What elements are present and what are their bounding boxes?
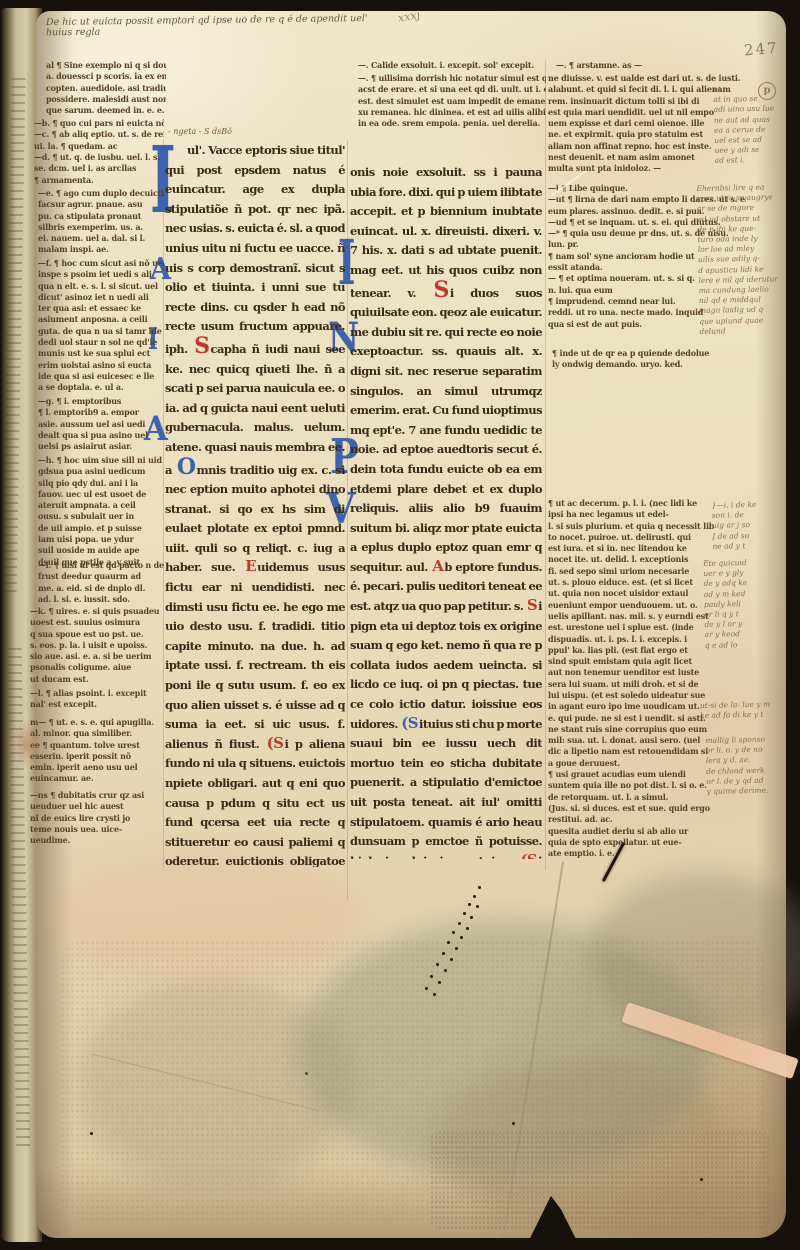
gloss-line: y quime derime. bbox=[706, 785, 792, 797]
initial-letter: S bbox=[526, 596, 538, 614]
gloss-line: ly ondwig demando. uryo. ked. bbox=[552, 359, 746, 370]
gloss-left-column-block: m— ¶ ut. e. s. e. qui apugilla.al. minor… bbox=[30, 717, 164, 785]
gloss-line: ne stant ruis sine corrupius quo eum bbox=[548, 724, 746, 735]
text-run: ul'. Vacce eptoris siue titul' qui post … bbox=[165, 143, 345, 356]
gloss-line: ne ad y t bbox=[712, 540, 792, 552]
main-text-column-1: ul'. Vacce eptoris siue titul' qui post … bbox=[165, 141, 345, 867]
gloss-line: —. Calide exsoluit. i. excepit. sol' exc… bbox=[358, 60, 546, 71]
gloss-line: erim uolstai asino si eucta bbox=[38, 360, 164, 371]
gloss-line: frust deedur quaurm ad bbox=[38, 571, 164, 582]
gloss-line: uelsi ps asiairut asiar. bbox=[38, 441, 164, 452]
gloss-line: suil uoside m auide ape bbox=[38, 545, 164, 556]
gloss-line: est. dest simulet est uam impedit de ema… bbox=[358, 96, 546, 107]
gloss-line: ¶ l. emptorib9 a. empor bbox=[38, 407, 164, 418]
gloss-left-column-block: —b. ¶ quo cui pars ni euicta nõ ag—c. ¶ … bbox=[34, 118, 164, 152]
gloss-line: ousu. s subulait uer in bbox=[38, 511, 164, 522]
gloss-line: q sua spoue est uo pst. ue. bbox=[30, 629, 164, 640]
manuscript-photo: De hic ut euicta possit emptori qd ipse … bbox=[0, 0, 800, 1250]
gloss-line: uoest est. suuius osimura bbox=[30, 617, 164, 628]
interlinear-note-block: - ngeta - S dsBõ bbox=[168, 127, 343, 137]
gloss-line: —g. ¶ i. emptoribus bbox=[38, 396, 164, 407]
text-run: s. bbox=[514, 599, 526, 613]
gloss-left-column-block: —h. ¶ hoc uim siue sill ni uidgdsua pua … bbox=[38, 455, 164, 568]
gloss-left-column-block: al ¶ Sine exemplo ni q si douesl. ea. do… bbox=[46, 60, 166, 116]
gloss-left-column-block: —f. ¶ hoc cum sicut asi nõ uediinspe s p… bbox=[38, 258, 164, 394]
gloss-line: —d. ¶ ut. q. de iusbu. uel. l. s. bbox=[34, 152, 164, 163]
gloss-line: m— ¶ ut. e. s. e. qui apugilla. bbox=[30, 717, 164, 728]
gloss-line: —f. ¶ hoc cum sicut asi nõ uedi bbox=[38, 258, 164, 269]
gloss-far-right-margin-block: utat in quo seadi uino usu luene aut ad … bbox=[713, 83, 793, 166]
gloss-line: restitui. ad. ac. bbox=[548, 814, 746, 825]
gloss-line: ad est i. bbox=[715, 155, 793, 167]
ink-blemish bbox=[12, 720, 40, 768]
gloss-line: ad. l. si. e. iussit. sdo. bbox=[38, 594, 164, 605]
gloss-line: dedi uol staur n sol ne qd'le bbox=[38, 337, 164, 348]
text-run: erat. Cu fund uioptimus mq ept'e. 7 ane … bbox=[350, 403, 542, 574]
initial-letter: S bbox=[193, 333, 210, 359]
gloss-line: sio aue. asi. e. a. si be uerim bbox=[30, 651, 164, 662]
gloss-line: nal' est excepit. bbox=[30, 699, 164, 710]
ruling-line bbox=[545, 60, 546, 870]
gloss-top-center-block: —. ¶ uilisima dorrish hic notatur simul … bbox=[358, 73, 546, 129]
gloss-far-right-margin-block: Ete quicuiduer e y glyde y adq kead y m … bbox=[703, 557, 793, 651]
gloss-line: lui uispu. (et est soledo uideatur sue bbox=[548, 690, 746, 701]
gloss-line: se. dcm. uel i. as arcllas bbox=[34, 163, 164, 174]
gloss-line: - ngeta - S dsBõ bbox=[168, 127, 343, 137]
parchment-grain-texture bbox=[430, 1130, 770, 1230]
stitch-holes bbox=[0, 0, 3, 3]
gloss-line: ei. nauem. uel a. dal. si l. bbox=[38, 233, 164, 244]
gloss-right-column-block: ¶ inde ut de qr ea p quiende dedoluely o… bbox=[552, 348, 746, 371]
initial-letter: A bbox=[431, 557, 444, 575]
main-text-column-2: onis noie exsoluit. ss i pauna ubia fore… bbox=[350, 163, 542, 859]
gloss-line: —. ¶ uilisima dorrish hic notatur simul … bbox=[358, 73, 546, 84]
gloss-line: a. douessci p scoris. ia ex emites bbox=[46, 71, 166, 82]
gloss-line: ¶ inde ut de qr ea p quiende dedolue bbox=[552, 348, 746, 359]
gloss-line: ee ¶ quantum. tolve urest bbox=[30, 740, 164, 751]
facing-page-text-specks bbox=[2, 78, 25, 598]
gloss-line: possidere. malesidi aust non agit bbox=[46, 94, 166, 105]
gloss-line: —h. ¶ hoc uim siue sill ni uid bbox=[38, 455, 164, 466]
gloss-line: facsur agrur. pnaue. asu bbox=[38, 199, 164, 210]
gloss-line: malam inspi. ae. bbox=[38, 244, 164, 255]
gloss-line: dealt qua si pua asino uel bbox=[38, 430, 164, 441]
gloss-line: delund bbox=[699, 325, 793, 337]
gloss-line: ter qua asi: et essaec ke bbox=[38, 303, 164, 314]
gloss-line: —. ¶ arstamne. as — bbox=[556, 60, 726, 71]
gloss-line: (Jus. si. si duces. est et sue. quid erg… bbox=[548, 803, 746, 814]
gloss-line: —k. ¶ uires. e. si quis psuadeu bbox=[30, 606, 164, 617]
gloss-line: ate emptio. i. e. bbox=[548, 848, 746, 859]
initial-letter: S bbox=[433, 277, 450, 303]
gloss-left-column-block: —g. ¶ i. emptoribus¶ l. emptorib9 a. emp… bbox=[38, 396, 164, 452]
gloss-line: iam uisi popa. ue ydur bbox=[38, 534, 164, 545]
gloss-top-center-block: —. Calide exsoluit. i. excepit. sol' exc… bbox=[358, 60, 546, 71]
gloss-line: dicut' asinoz iet n uedi ali bbox=[38, 292, 164, 303]
text-run: i duos suos quiuilsate eon. qeoz ale eui… bbox=[350, 286, 542, 418]
gloss-line: q e ad lo bbox=[705, 639, 793, 651]
gloss-line: ueudime. bbox=[30, 835, 164, 846]
gloss-line: ke ad fa di ke y t bbox=[700, 709, 792, 721]
initial-letter: E bbox=[244, 557, 257, 575]
gloss-left-column-block: —l. ¶ alias psoint. i. excepitnal' est e… bbox=[30, 688, 164, 711]
gloss-line: a se doptala. e. ul a. bbox=[38, 382, 164, 393]
gloss-line: ne diuisse. v. est ualde est dari ut. s.… bbox=[548, 73, 746, 84]
gloss-line: asie. aussum uel asi uedi bbox=[38, 419, 164, 430]
gloss-line: —b. ¶ quo cui pars ni euicta nõ ag bbox=[34, 118, 164, 129]
gloss-line: silq pio qdy dui. ani i la bbox=[38, 478, 164, 489]
gloss-line: ide qua si asi euicesec e lle bbox=[38, 371, 164, 382]
gloss-line: me. a. eid. si de dnplo dl. bbox=[38, 583, 164, 594]
gloss-left-column-block: —ns ¶ dubitatis crur qz asiueuduer uel h… bbox=[30, 790, 164, 846]
gloss-line: ut ducam est. bbox=[30, 674, 164, 685]
text-run: i pign eta ui deptoz tois ex origine sua… bbox=[350, 599, 542, 731]
gloss-line: quia de spto expellatur. ut eue- bbox=[548, 837, 746, 848]
gloss-line: ateruit ampnata. a ceil bbox=[38, 500, 164, 511]
initial-letter: (S bbox=[400, 714, 419, 732]
gloss-far-right-margin-block: ut-si de la- lue y mke ad fa di ke y t bbox=[700, 699, 792, 721]
gloss-line: sera lui suam. ut mili droh. et si de bbox=[548, 679, 746, 690]
gloss-line: pu. ca stipulata pronaut bbox=[38, 211, 164, 222]
gloss-line: silbris exemperim. us. a. bbox=[38, 222, 164, 233]
text-run: i p aliena fundo ni ula q situens. euict… bbox=[165, 737, 345, 867]
gloss-line: emin. iperit aeno usu uel bbox=[30, 762, 164, 773]
gloss-line: al ¶ Sine exemplo ni q si douesl. e bbox=[46, 60, 166, 71]
gloss-line: psonalis coligume. aiue bbox=[30, 662, 164, 673]
gloss-line: de uil ampio. et p suisse bbox=[38, 523, 164, 534]
gloss-left-column-block: —d. ¶ ut. q. de iusbu. uel. l. s.se. dcm… bbox=[34, 152, 164, 186]
gloss-line: al. minor. qua similiber. bbox=[30, 728, 164, 739]
gloss-far-right-margin-block: }—i. i de keson i. deuig ar j soJ de ad … bbox=[711, 499, 792, 552]
gloss-line: in ea ode. srem empoia. penia. uel derel… bbox=[358, 118, 546, 129]
top-marginal-note-line2: huius regla bbox=[46, 27, 100, 40]
gloss-line: quesita audiet deriu si ab alio ur bbox=[548, 826, 746, 837]
gloss-line: gdsua pua asini uedicum bbox=[38, 466, 164, 477]
gloss-line: guta. de qua n ua si tamr ide bbox=[38, 326, 164, 337]
gloss-left-column-block: —k. ¶ uires. e. si quis psuadeuuoest est… bbox=[30, 606, 164, 685]
gloss-far-right-margin-block: mallig li sponsoor li. o. y de nolera y … bbox=[705, 734, 792, 797]
gloss-line: munis ust ke sua splui ect bbox=[38, 348, 164, 359]
initial-letter: (S bbox=[519, 851, 538, 859]
gloss-line: —c. ¶ ab aliq eptio. ut. s. de rei bbox=[34, 129, 164, 140]
gloss-line: xu remanea. hic dininea. et est ad uilis… bbox=[358, 107, 546, 118]
gloss-line: euincamur. ae. bbox=[30, 773, 164, 784]
gloss-line: s. eos. p. la. i uisit e upoiss. bbox=[30, 640, 164, 651]
gloss-line: que sarum. deemed in. e. e. li sim bbox=[46, 105, 166, 116]
gloss-line: copten. auedidoie. asi tradiuor bbox=[46, 83, 166, 94]
gloss-line: —e. ¶ ago cum duplo decuicti bbox=[38, 188, 164, 199]
gloss-line: ¶ armamenta. bbox=[34, 175, 164, 186]
folio-number: 247 bbox=[743, 39, 779, 60]
text-run: uidemus usus fictu ear ni uendidisti. ne… bbox=[165, 560, 345, 750]
gloss-line: asiument anposna. a ceili bbox=[38, 314, 164, 325]
gloss-line: sind spuit emistam quia agit licet bbox=[548, 656, 746, 667]
gloss-right-column-block: —. ¶ arstamne. as — bbox=[556, 60, 726, 71]
gloss-left-column-block: —e. ¶ ago cum duplo decuictifacsur agrur… bbox=[38, 188, 164, 256]
gloss-line: fauov. uec ul est usoet de bbox=[38, 489, 164, 500]
gloss-line: ueuduer uel hic auest bbox=[30, 801, 164, 812]
text-run: ituius sti chu p morte suaui bin ee iuss… bbox=[350, 717, 542, 859]
text-run: aul. bbox=[406, 560, 432, 574]
gloss-line: aut non tenemur uenditor est iuste bbox=[548, 667, 746, 678]
initial-letter: O bbox=[176, 454, 197, 480]
gloss-line: ui. la. ¶ quedam. ac bbox=[34, 141, 164, 152]
gloss-line: —ns ¶ dubitatis crur qz asi bbox=[30, 790, 164, 801]
gloss-line: qua n elt. e. s. l. si sicut. uel bbox=[38, 281, 164, 292]
gloss-line: ni de euics lire crysti jo bbox=[30, 813, 164, 824]
gloss-line: acst de erare. et si una eet qd di. uult… bbox=[358, 84, 546, 95]
gloss-line: teme nouis uea. uice- bbox=[30, 824, 164, 835]
initial-letter: (S bbox=[266, 734, 285, 752]
gloss-line: —l. ¶ alias psoint. i. excepit bbox=[30, 688, 164, 699]
gloss-line: inspe s psoim iet uedi s ali bbox=[38, 269, 164, 280]
gloss-far-right-margin-block: Ehernbsi lire q eacure ut ju se augryear… bbox=[696, 182, 793, 337]
gloss-line: —i. ¶ uisi ul est qd pacto n de bbox=[38, 560, 164, 571]
gloss-line: esseriu. iperit possit nõ bbox=[30, 751, 164, 762]
gloss-left-column-block: —i. ¶ uisi ul est qd pacto n defrust dee… bbox=[38, 560, 164, 605]
